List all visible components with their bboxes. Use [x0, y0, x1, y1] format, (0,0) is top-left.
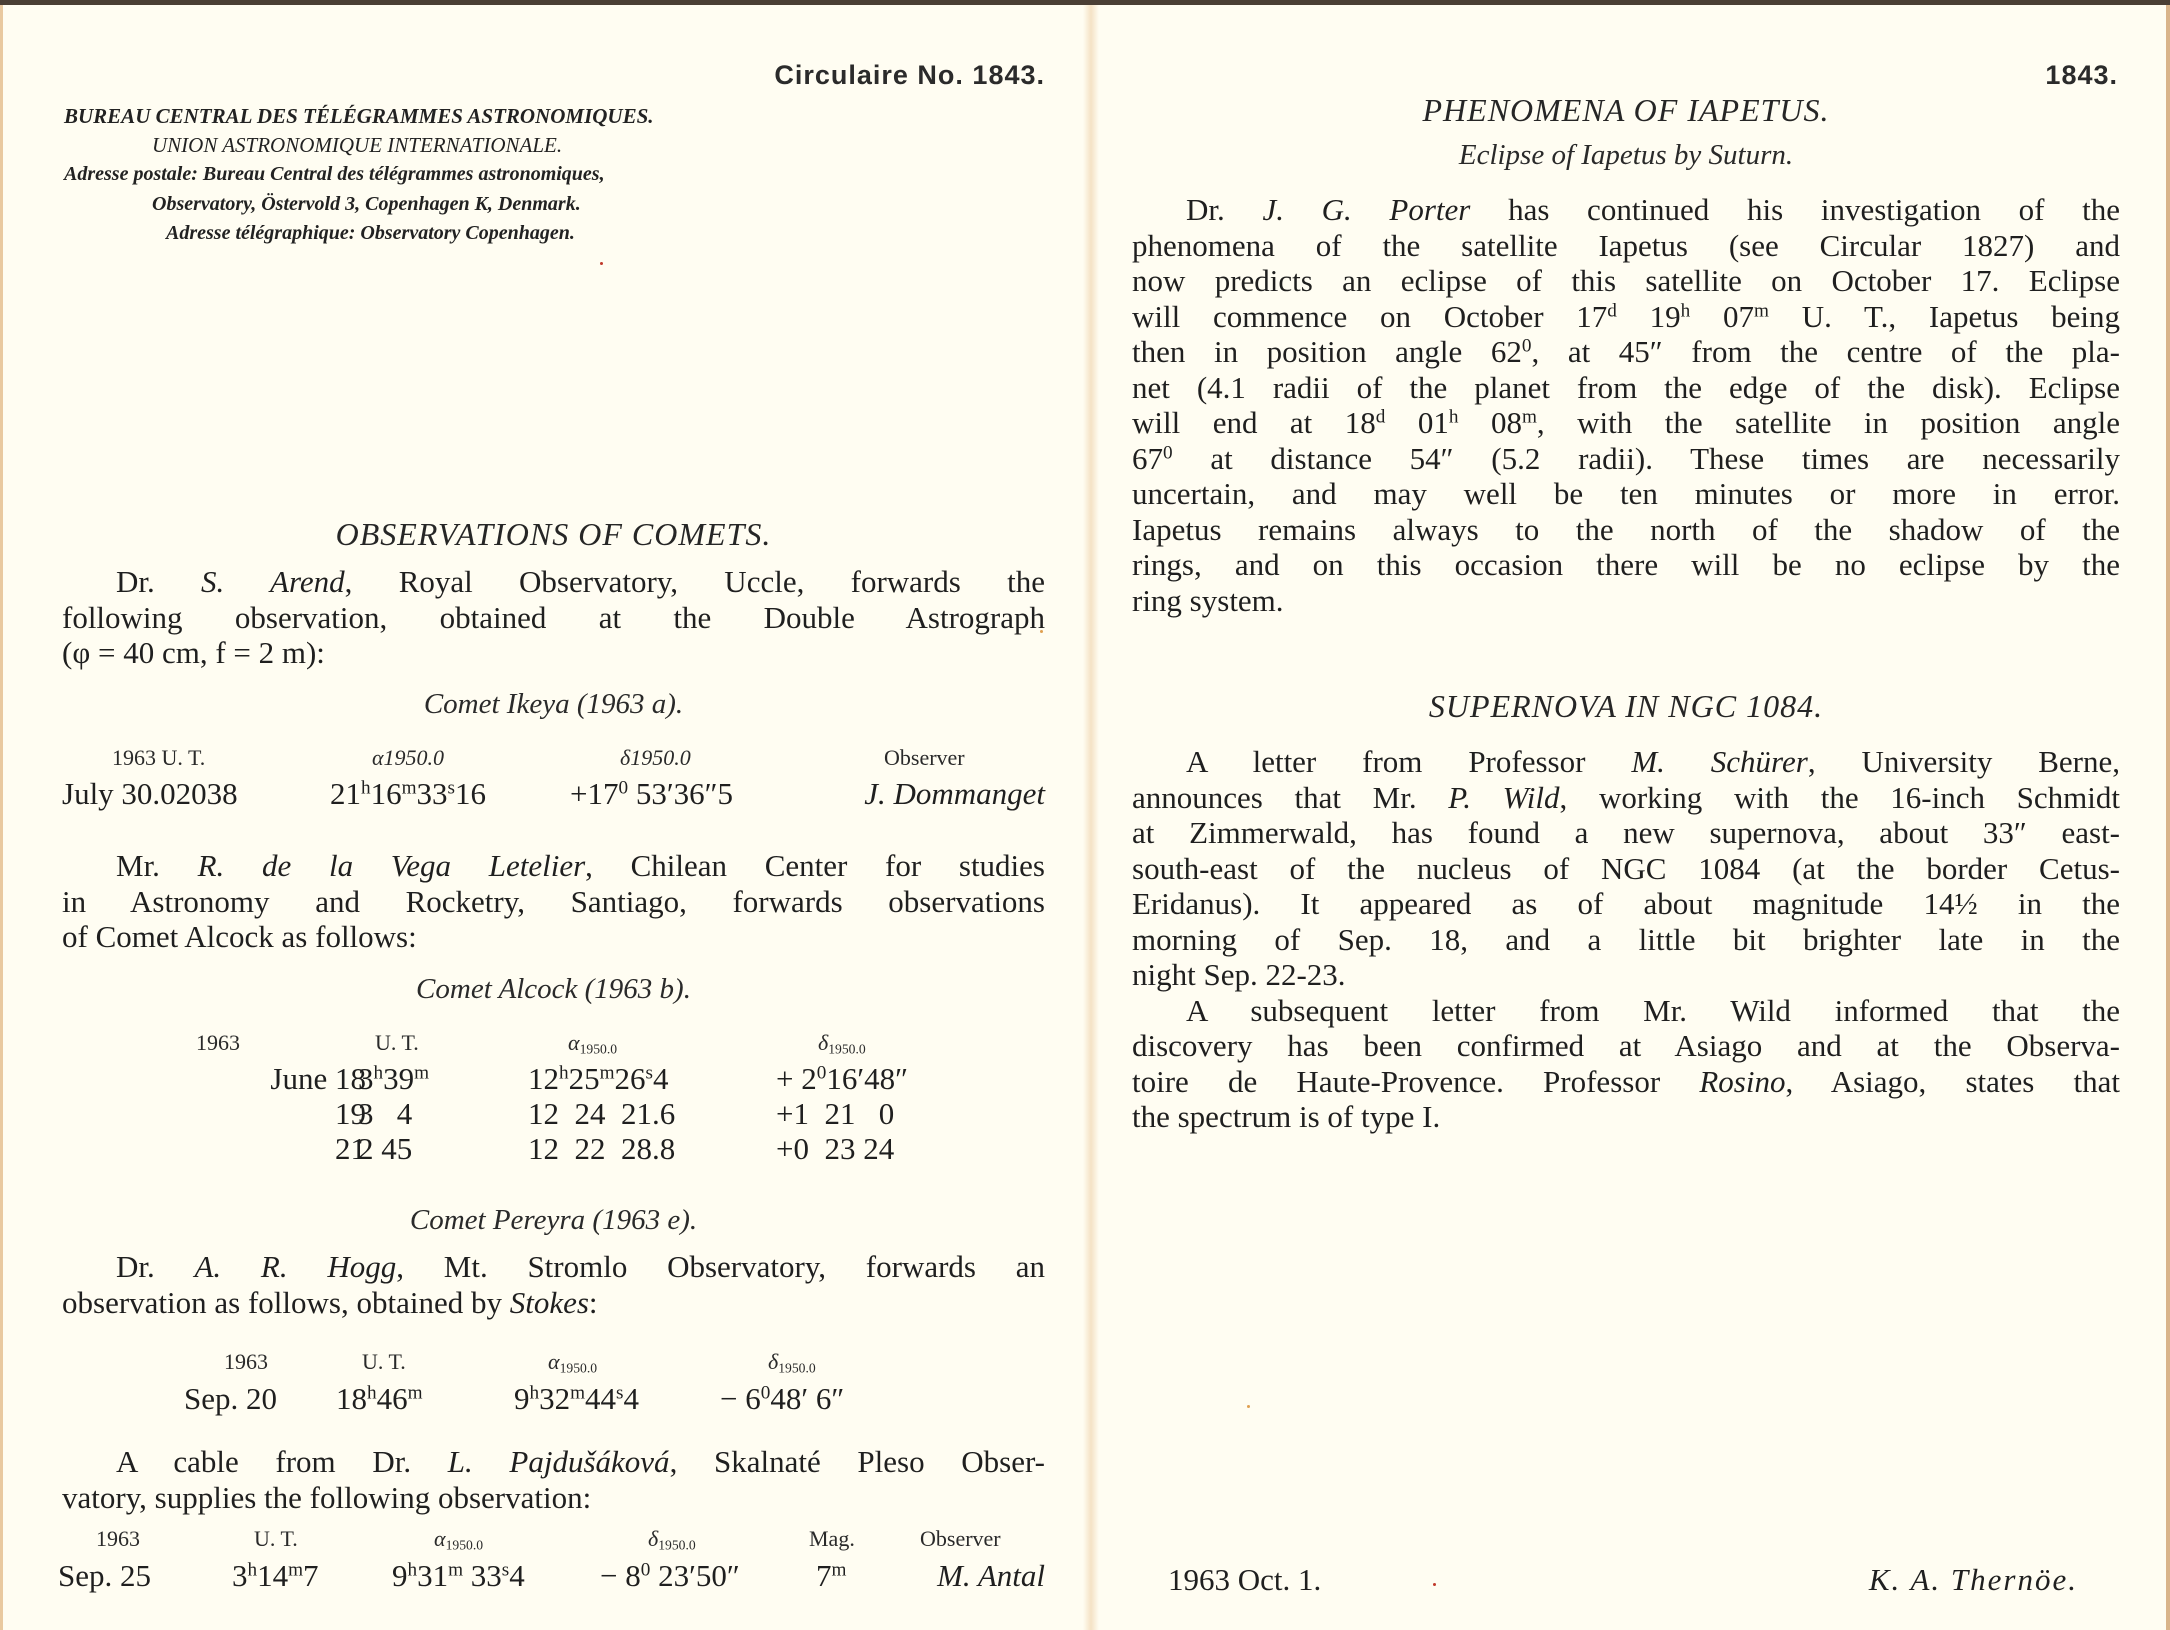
section-subtitle-iapetus: Eclipse of Iapetus by Suturn.: [1132, 139, 2120, 172]
page-fold: [1083, 0, 1099, 1630]
col-header-mag: Mag.: [809, 1526, 855, 1552]
person-name: R. de la Vega Letelier: [198, 848, 586, 883]
col-header-dec: δ1950.0: [818, 1030, 866, 1056]
col-header-year: 1963: [196, 1030, 240, 1056]
circular-number: Circulaire No. 1843.: [774, 60, 1045, 91]
col-header-dec: δ1950.0: [648, 1526, 696, 1552]
table-row-ra: 12 24 21.6: [528, 1096, 675, 1132]
comet-pereyra-title: Comet Pereyra (1963 e).: [62, 1204, 1045, 1237]
paper-speck: [1247, 1405, 1250, 1408]
table-row-ut: 2 45: [358, 1131, 412, 1167]
col-header-ra: α1950.0: [372, 745, 444, 771]
circular-date: 1963 Oct. 1.: [1168, 1562, 1321, 1598]
comet-alcock-title: Comet Alcock (1963 b).: [62, 973, 1045, 1006]
col-header-ra: α1950.0: [568, 1030, 617, 1056]
table-row-dec: + 2016′48″: [776, 1061, 908, 1097]
table-row-date: Sep. 25: [58, 1558, 151, 1594]
section-title-supernova: SUPERNOVA IN NGC 1084.: [1132, 688, 2120, 725]
supernova-paragraph: A letter from Professor M. Schürer, Univ…: [1132, 744, 2120, 1135]
person-name: J. G. Porter: [1262, 192, 1470, 227]
table-row-dec: +170 53′36″5: [570, 776, 733, 812]
person-name: Rosino: [1699, 1064, 1785, 1099]
section-title-comets: OBSERVATIONS OF COMETS.: [62, 516, 1045, 553]
person-name: S. Arend: [201, 564, 345, 599]
table-row-ra: 21h16m33s16: [330, 776, 486, 812]
bureau-header-line-3: Adresse postale: Bureau Central des télé…: [64, 163, 605, 186]
col-header-year: 1963: [96, 1526, 140, 1552]
table-row-ut: 3 4: [358, 1096, 412, 1132]
table-row-date: 19: [186, 1096, 366, 1132]
col-header-ra: α1950.0: [548, 1349, 597, 1375]
table-row-date: 21: [186, 1131, 366, 1167]
iapetus-paragraph: Dr. J. G. Porter has continued his inves…: [1132, 192, 2120, 618]
table-row-date: Sep. 20: [184, 1381, 277, 1417]
bureau-header-line-2: UNION ASTRONOMIQUE INTERNATIONALE.: [152, 133, 562, 158]
person-name: A. R. Hogg: [195, 1249, 397, 1284]
bureau-header-line-1: BUREAU CENTRAL DES TÉLÉGRAMMES ASTRONOMI…: [64, 104, 654, 129]
table-row-ra: 12 22 28.8: [528, 1131, 675, 1167]
table-row-dec: − 80 23′50″: [600, 1558, 740, 1594]
col-header-observer: Observer: [884, 745, 965, 771]
person-name: M. Schürer: [1631, 744, 1807, 779]
table-row-ra: 9h32m44s4: [514, 1381, 639, 1417]
table-row-ra: 9h31m 33s4: [392, 1558, 525, 1594]
col-header-date: 1963 U. T.: [112, 745, 205, 771]
paper-speck: [600, 262, 603, 265]
table-row-observer: J. Dommanget: [864, 776, 1045, 812]
table-row-ut: 3h39m: [358, 1061, 429, 1097]
table-row-ut: 18h46m: [336, 1381, 423, 1417]
table-row-dec: +1 21 0: [776, 1096, 894, 1132]
table-row-dec: +0 23 24: [776, 1131, 894, 1167]
col-header-ra: α1950.0: [434, 1526, 483, 1552]
person-name: L. Pajdušáková: [448, 1444, 670, 1479]
bureau-header-line-4: Observatory, Östervold 3, Copenhagen K, …: [152, 193, 581, 216]
col-header-ut: U. T.: [362, 1349, 406, 1375]
signature: K. A. Thernöe.: [1869, 1562, 2078, 1598]
paper-speck: [1433, 1583, 1436, 1586]
table-row-mag: 7m: [816, 1558, 846, 1594]
bureau-header-line-5: Adresse télégraphique: Observatory Copen…: [166, 222, 575, 245]
col-header-year: 1963: [224, 1349, 268, 1375]
col-header-observer: Observer: [920, 1526, 1001, 1552]
col-header-dec: δ1950.0: [620, 745, 691, 771]
table-row-date: June 18: [186, 1061, 366, 1097]
pajdusakova-paragraph: A cable from Dr. L. Pajdušáková, Skalnat…: [62, 1444, 1045, 1515]
section-title-iapetus: PHENOMENA OF IAPETUS.: [1132, 92, 2120, 129]
table-row-ut: 3h14m7: [232, 1558, 319, 1594]
hogg-paragraph: Dr. A. R. Hogg, Mt. Stromlo Observatory,…: [62, 1249, 1045, 1320]
arend-paragraph: Dr. S. Arend, Royal Observatory, Uccle, …: [62, 564, 1045, 671]
col-header-ut: U. T.: [254, 1526, 298, 1552]
table-row-observer: M. Antal: [937, 1558, 1045, 1594]
vega-paragraph: Mr. R. de la Vega Letelier, Chilean Cent…: [62, 848, 1045, 955]
table-row-dec: − 6048′ 6″: [720, 1381, 844, 1417]
person-name: P. Wild: [1448, 780, 1559, 815]
col-header-dec: δ1950.0: [768, 1349, 816, 1375]
page-number: 1843.: [2045, 60, 2118, 91]
table-row-date: July 30.02038: [62, 776, 238, 812]
paper-speck: [1040, 630, 1043, 633]
table-row-ra: 12h25m26s4: [528, 1061, 669, 1097]
top-edge: [0, 0, 2170, 5]
comet-ikeya-title: Comet Ikeya (1963 a).: [62, 688, 1045, 721]
col-header-ut: U. T.: [375, 1030, 419, 1056]
